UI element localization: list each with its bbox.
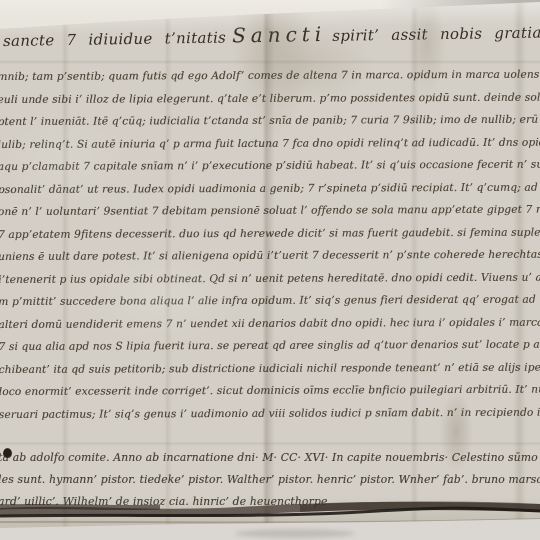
manuscript-line: uniens ē uult dare potest. It’ si alieni… <box>0 244 540 269</box>
manuscript-line: chibeant’ ita qd suis petitorib; sub dis… <box>0 356 540 381</box>
witness-list-line: les sunt. hymann’ pistor. tiedeke’ pisto… <box>0 469 540 491</box>
manuscript-line: ptent l’ inueniāt. Itē q’cūq; iudicialia… <box>0 109 540 134</box>
manuscript-line: aqu p’clamabit 7 capitale snīam n’ i’ p’… <box>0 154 540 179</box>
manuscript-line: euli unde sibi i’ illoz de lipia elegeru… <box>0 86 540 111</box>
dating-clause-line: ta ab adolfo comite. Anno ab incarnation… <box>0 447 540 469</box>
charter-photograph: sancte 7 idiuidue t’nitatisSanctispirit’… <box>0 0 540 540</box>
charter-body-text: mnib; tam p’sentib; quam futis qd ego Ad… <box>0 64 540 426</box>
manuscript-line: onē n’ l’ uoluntari’ 9sentiat 7 debitam … <box>0 199 540 224</box>
invocation-heading: sancte 7 idiuidue t’nitatisSanctispirit’… <box>3 19 540 51</box>
manuscript-line: mnib; tam p’sentib; quam futis qd ego Ad… <box>0 64 540 89</box>
manuscript-line: seruari pactimus; It’ siq’s genus i’ uad… <box>0 401 540 426</box>
parchment-sheet: sancte 7 idiuidue t’nitatisSanctispirit’… <box>0 0 540 540</box>
invocation-right: spirit’ assit nobis gratia. <box>332 23 540 44</box>
ink-blot <box>3 448 12 459</box>
manuscript-line: i’tenenerit p ius opidale sibi obtineat.… <box>0 266 540 291</box>
manuscript-line: 7 si qua alia apd nos S lipia fuerit iur… <box>0 334 540 359</box>
plica-fold-shadow <box>0 495 540 531</box>
manuscript-line: 7 app’etatem 9fitens decesserit. duo ius… <box>0 221 540 246</box>
manuscript-line: alteri domū uendiderit emens 7 n’ uendet… <box>0 311 540 336</box>
invocation-left: sancte 7 idiuidue t’nitatis <box>3 28 226 50</box>
manuscript-line: loco enormit’ excesserit inde corriget’.… <box>0 379 540 404</box>
manuscript-line: psonalit’ dānat’ ut reus. Iudex opidi ua… <box>0 176 540 201</box>
background-smudge <box>235 529 355 538</box>
invocation-emphasis: Sancti <box>226 22 333 48</box>
manuscript-line: m p’mittit’ succedere bona aliqua l’ ali… <box>0 289 540 314</box>
manuscript-line: iulib; relinq’t. Si autē iniuria q’ p ar… <box>0 131 540 156</box>
